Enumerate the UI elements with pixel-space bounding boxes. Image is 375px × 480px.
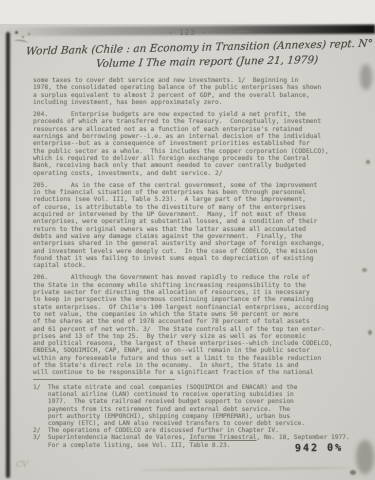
page-stamp: 942 0% bbox=[295, 443, 343, 454]
pencil-corner-mark: CV bbox=[16, 460, 28, 469]
footnote-1: 1/ The state nitrate and coal companies … bbox=[33, 384, 367, 427]
document-body: some taxes to cover debt service and new… bbox=[33, 77, 367, 382]
paragraph-205: 205. As in the case of the central gover… bbox=[33, 182, 367, 270]
footnote-3-pre: 3/ Superintendencia Nacional de Valores, bbox=[33, 434, 189, 441]
page-number: - 123 - bbox=[0, 28, 375, 37]
footnote-3-citation: Informe Trimestral bbox=[189, 434, 256, 441]
scan-noise bbox=[350, 470, 356, 475]
footnotes: 1/ The state nitrate and coal companies … bbox=[33, 384, 367, 449]
scan-left-edge bbox=[6, 32, 10, 478]
footnote-1-text: 1/ The state nitrate and coal companies … bbox=[33, 384, 305, 427]
scan-noise bbox=[368, 330, 372, 335]
paragraph-continuation: some taxes to cover debt service and new… bbox=[33, 77, 367, 106]
scanned-document-page: - 123 - World Bank (Chile : an Economy i… bbox=[0, 0, 375, 480]
paragraph-204: 204. Enterprise budgets are now expected… bbox=[33, 111, 367, 177]
footnote-separator bbox=[33, 379, 175, 380]
paragraph-206: 206. Although the Government has moved r… bbox=[33, 274, 367, 376]
